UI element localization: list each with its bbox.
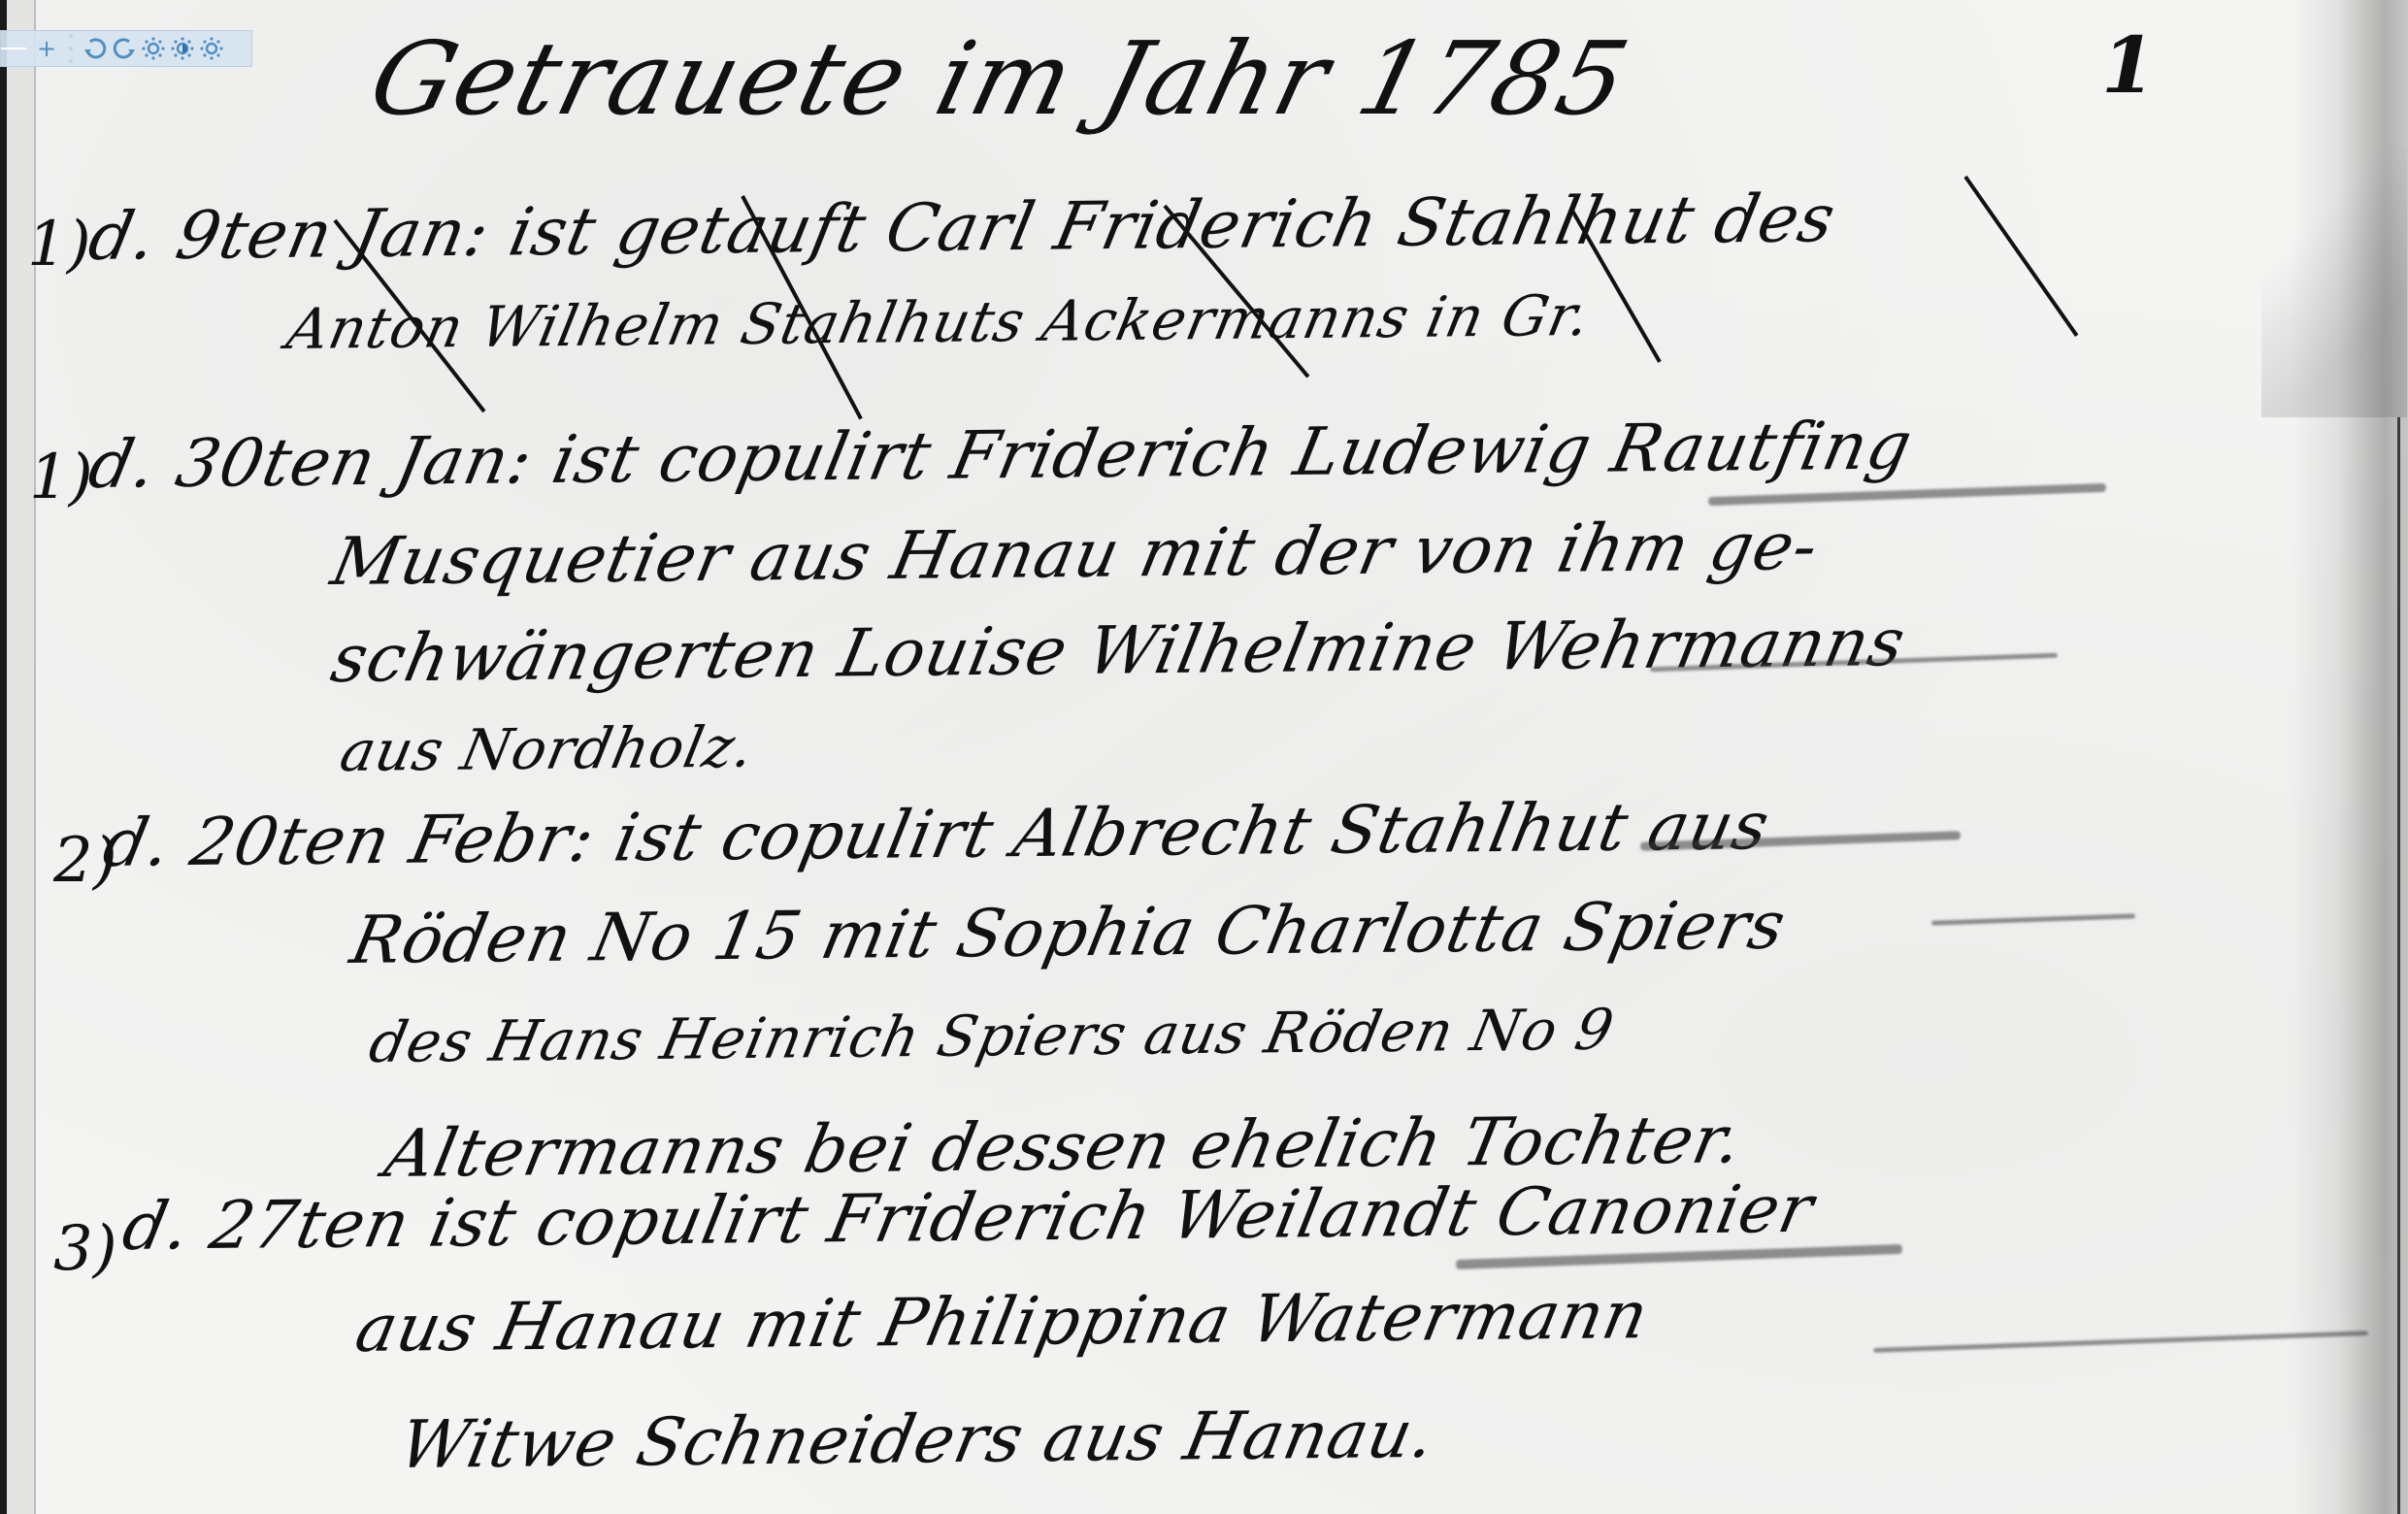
rotate-right-button[interactable] [110, 32, 139, 65]
pencil-underline [1708, 483, 2106, 506]
document-scan: Getrauete im Jahr 1785 1 1) d. 9ten Jan:… [0, 0, 2408, 1514]
plus-icon: + [37, 35, 56, 62]
entry-line: Anton Wilhelm Stahlhuts Ackermanns in Gr… [281, 282, 1597, 362]
entry-number: 3) [53, 1213, 117, 1285]
entry-line: des Hans Heinrich Spiers aus Röden No 9 [364, 997, 1620, 1075]
book-spine-edge [2397, 417, 2400, 1514]
pencil-underline [1931, 913, 2135, 925]
strike-through-mark [1963, 176, 2078, 337]
zoom-slider[interactable] [1, 48, 26, 49]
reset-adjustments-button[interactable] [197, 32, 226, 65]
entry-number: 1) [27, 209, 91, 280]
sun-icon [141, 36, 166, 61]
contrast-icon [170, 36, 195, 61]
image-viewer-toolbar: + [0, 30, 252, 67]
brightness-button[interactable] [139, 32, 168, 65]
entry-line: d. 30ten Jan: ist copulirt Friderich Lud… [82, 408, 1919, 504]
page-number: 1 [2101, 19, 2156, 111]
entry-line: aus Nordholz. [335, 714, 760, 784]
sun-outline-icon [199, 36, 224, 61]
rotate-left-button[interactable] [81, 32, 110, 65]
page-left-edge [0, 0, 7, 1514]
entry-line: d. 9ten Jan: ist getauft Carl Friderich … [82, 181, 1842, 276]
entry-line: Witwe Schneiders aus Hanau. [393, 1397, 1442, 1484]
entry-line: Musquetier aus Hanau mit der von ihm ge- [325, 509, 1825, 601]
zoom-in-button[interactable]: + [32, 32, 61, 65]
entry-line: d. 27ten ist copulirt Friderich Weilandt… [116, 1171, 1820, 1266]
entry-line: aus Hanau mit Philippina Watermann [349, 1277, 1655, 1367]
rotate-right-icon [112, 36, 137, 61]
toolbar-drag-handle[interactable] [69, 34, 73, 63]
page-title: Getrauete im Jahr 1785 [359, 19, 1641, 138]
entry-line: Röden No 15 mit Sophia Charlotta Spiers [345, 888, 1792, 979]
book-spine-shadow [2292, 0, 2408, 1514]
contrast-button[interactable] [168, 32, 197, 65]
entry-line: d. 20ten Febr: ist copulirt Albrecht Sta… [97, 788, 1776, 882]
entry-line: schwängerten Louise Wilhelmine Wehrmanns [325, 605, 1912, 698]
rotate-left-icon [82, 36, 108, 61]
